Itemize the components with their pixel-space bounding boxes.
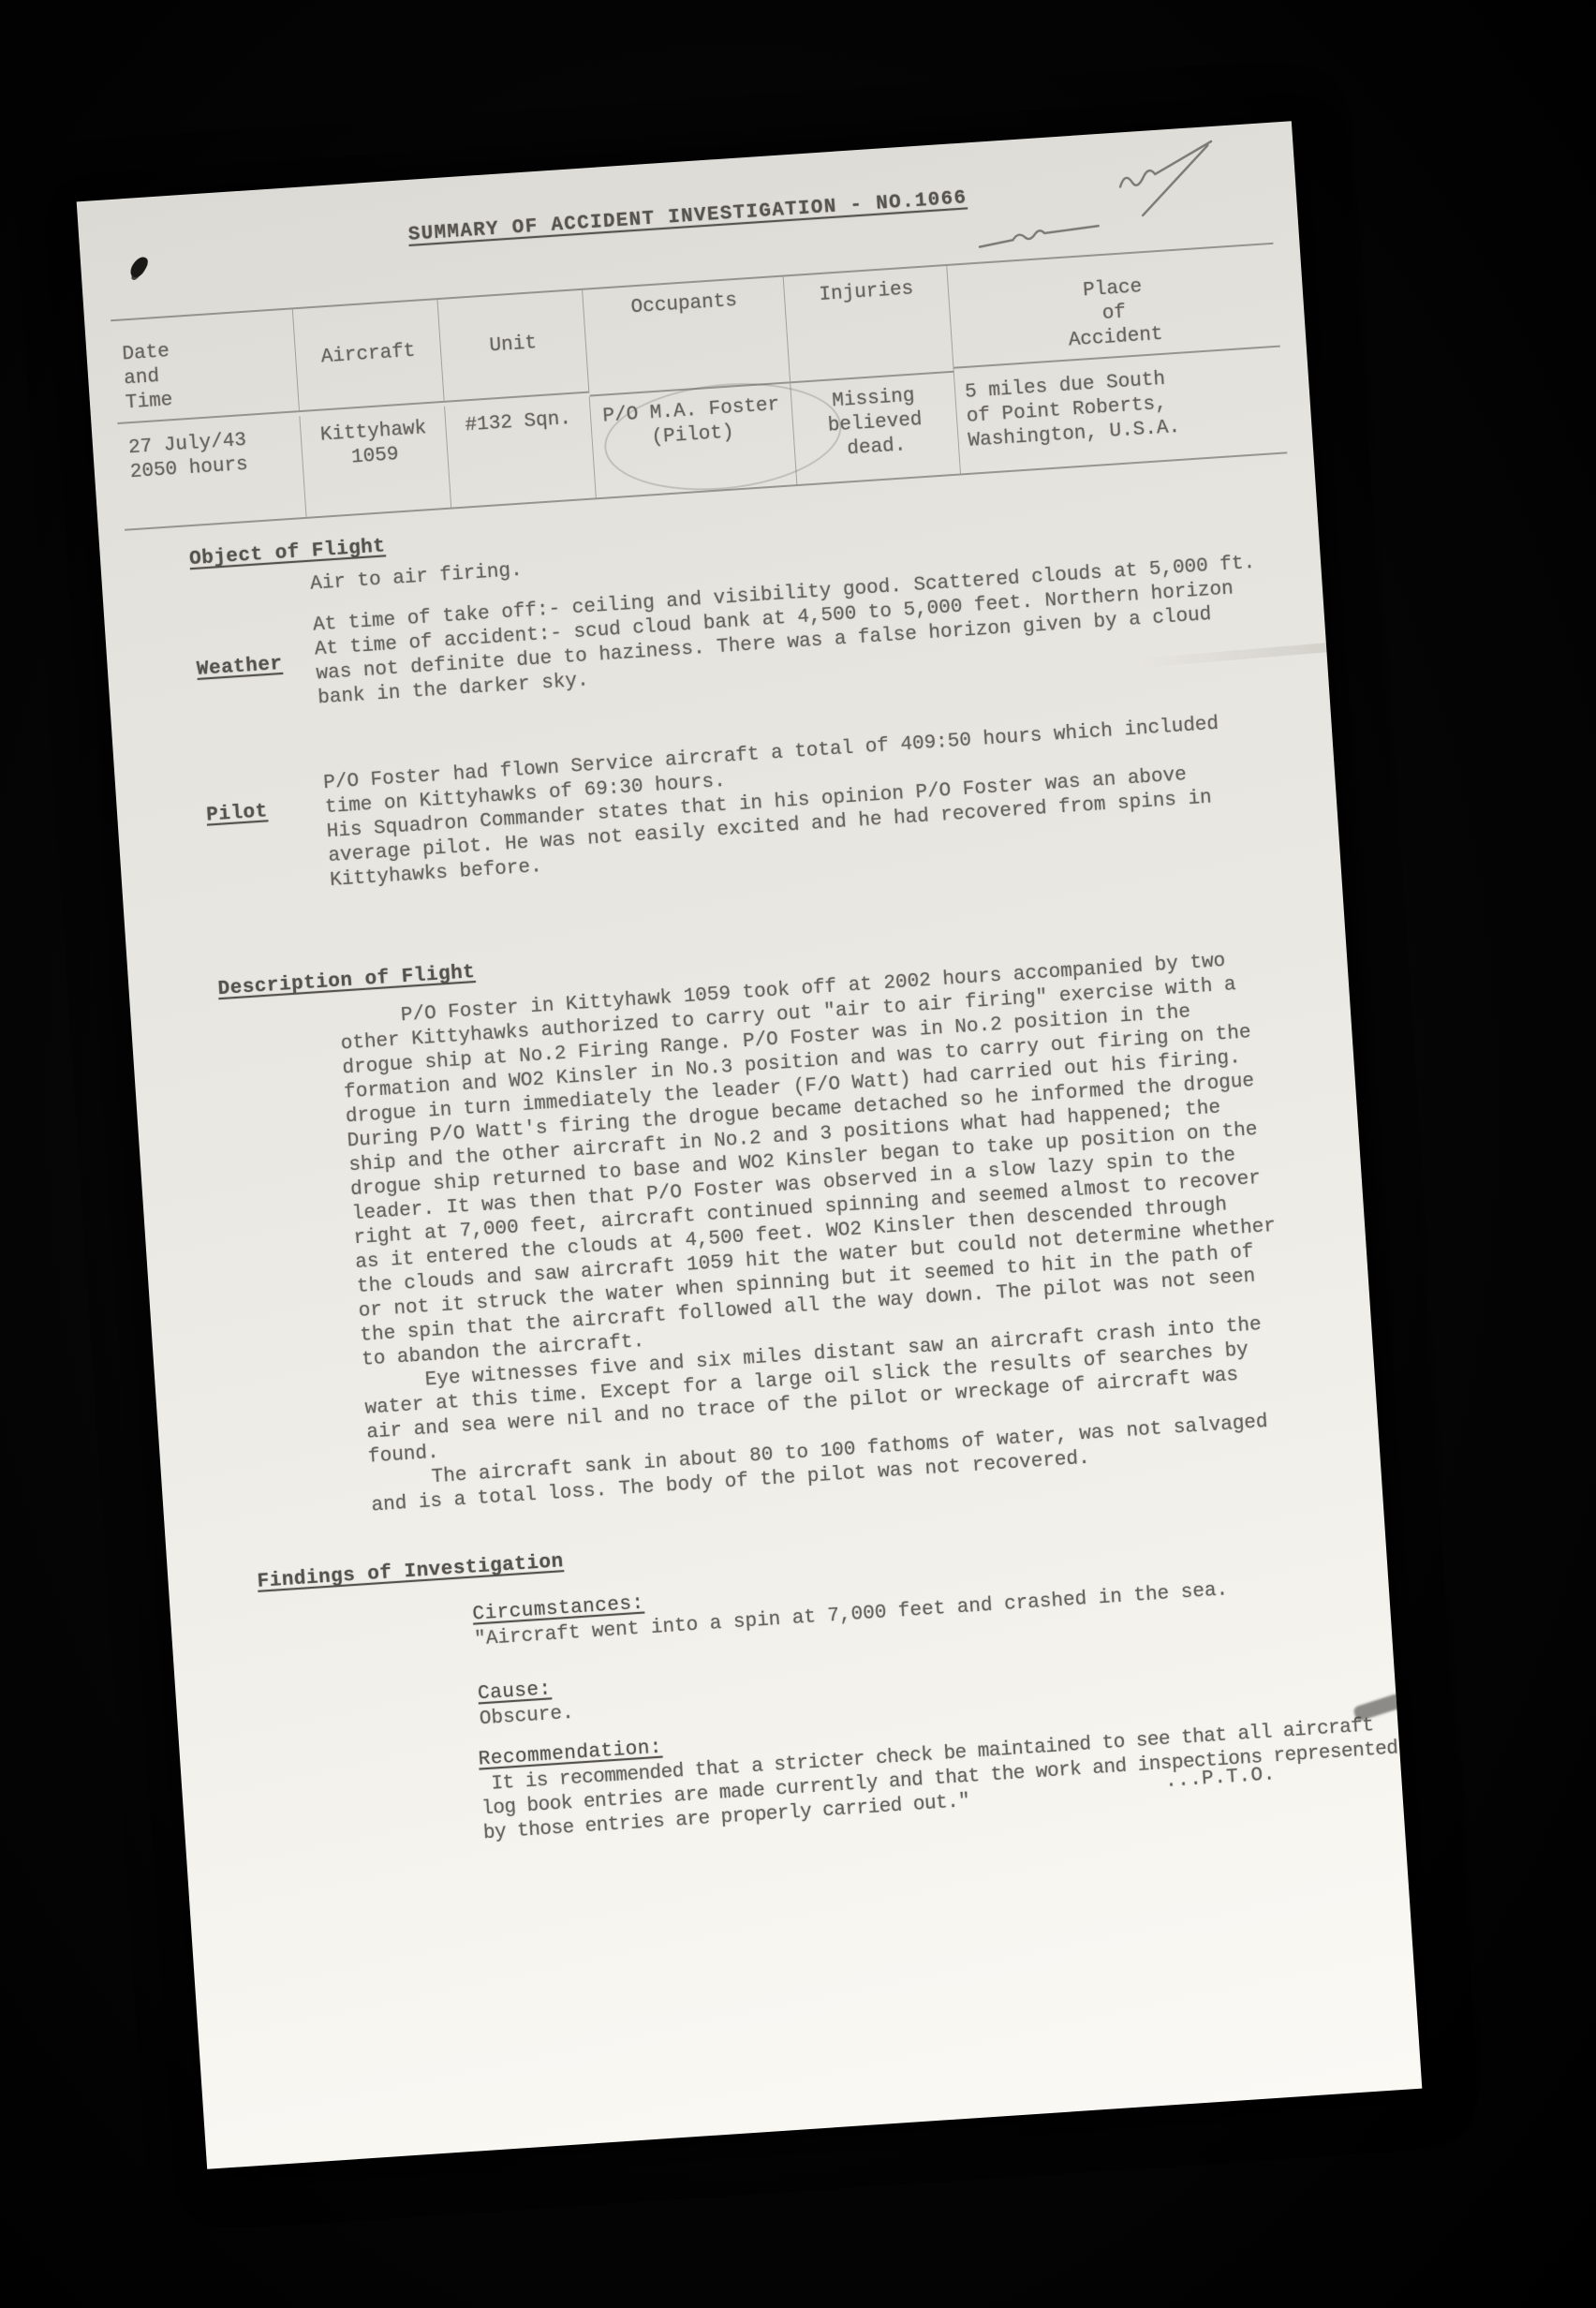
section-heading-object-of-flight: Object of Flight — [189, 536, 387, 570]
section-heading-findings: Findings of Investigation — [257, 1551, 564, 1593]
col-header-injuries: Injuries — [784, 266, 954, 383]
page-content: SUMMARY OF ACCIDENT INVESTIGATION - NO.1… — [77, 121, 1423, 2169]
cause-body: Obscure. — [479, 1702, 574, 1733]
scanned-photo-background: { "document": { "title": "SUMMARY OF ACC… — [0, 0, 1596, 2308]
col-header-date-time: Date and Time — [111, 309, 300, 424]
col-header-occupants: Occupants — [583, 277, 791, 397]
value-unit: #132 Sqn. — [445, 397, 597, 508]
value-aircraft: Kittyhawk 1059 — [300, 407, 451, 517]
accident-report-page: SUMMARY OF ACCIDENT INVESTIGATION - NO.1… — [77, 121, 1423, 2169]
description-paragraph-1: P/O Foster in Kittyhawk 1059 took off at… — [338, 944, 1335, 1373]
value-date-time: 27 July/43 2050 hours — [118, 416, 307, 529]
label-cause: Cause: — [477, 1679, 552, 1705]
recommendation-body: It is recommended that a stricter check … — [480, 1711, 1422, 1847]
pencil-squiggle — [975, 220, 1108, 257]
value-place: 5 miles due South of Point Roberts, Wash… — [954, 351, 1287, 474]
section-heading-pilot: Pilot — [206, 801, 269, 826]
col-header-aircraft: Aircraft — [293, 300, 445, 412]
pilot-body: P/O Foster had flown Service aircraft a … — [323, 708, 1293, 894]
col-header-unit: Unit — [437, 290, 589, 403]
pencil-checkmark — [1110, 131, 1228, 223]
section-heading-description-of-flight: Description of Flight — [217, 962, 476, 1000]
section-heading-weather: Weather — [196, 654, 283, 681]
object-of-flight-body: Air to air firing. — [309, 559, 523, 598]
col-header-place: Place of Accident — [947, 244, 1280, 369]
